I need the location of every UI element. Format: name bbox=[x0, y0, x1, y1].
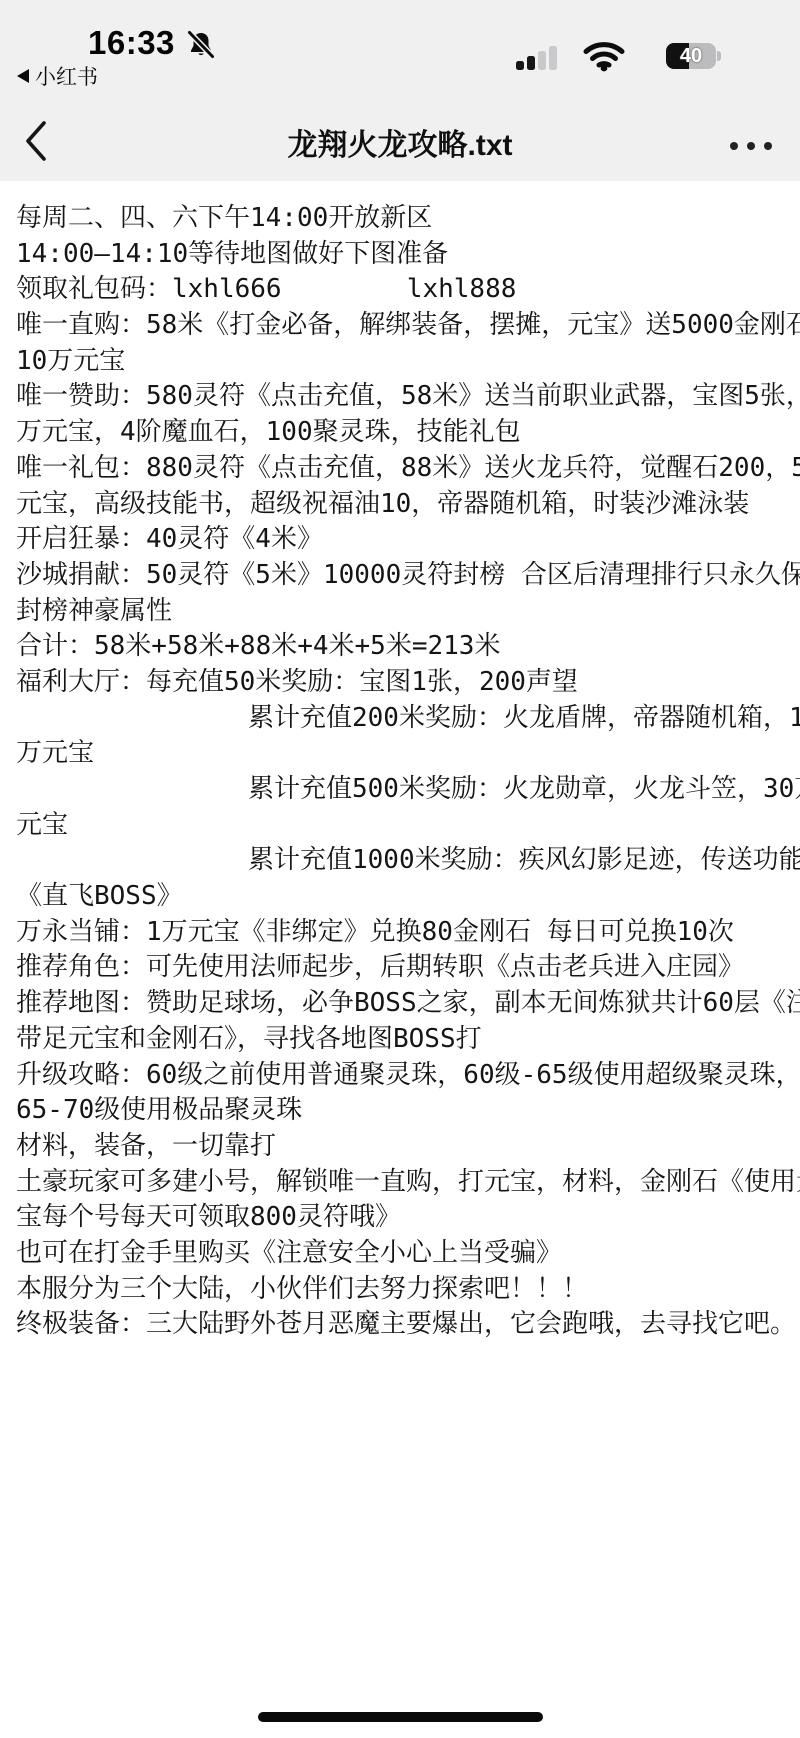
battery-nub bbox=[717, 51, 721, 61]
text-line: 累计充值200米奖励：火龙盾牌，帝器随机箱，15 bbox=[16, 701, 786, 737]
back-app-label: 小红书 bbox=[35, 61, 98, 91]
text-line: 唯一礼包：880灵符《点击充值，88米》送火龙兵符，觉醒石200，5万 bbox=[16, 451, 786, 487]
ellipsis-dot bbox=[730, 142, 738, 150]
text-line: 唯一直购：58米《打金必备，解绑装备，摆摊，元宝》送5000金刚石， bbox=[16, 308, 786, 344]
battery-indicator: 40 bbox=[666, 43, 716, 69]
home-indicator[interactable] bbox=[258, 1712, 543, 1722]
wifi-icon bbox=[582, 40, 626, 72]
back-to-app-breadcrumb[interactable]: 小红书 bbox=[17, 61, 98, 91]
text-line: 每周二、四、六下午14:00开放新区 bbox=[16, 201, 786, 237]
ellipsis-dot bbox=[764, 142, 772, 150]
page-title: 龙翔火龙攻略.txt bbox=[0, 120, 800, 164]
text-line: 65-70级使用极品聚灵珠 bbox=[16, 1093, 786, 1129]
back-triangle-icon bbox=[17, 69, 29, 83]
text-line: 带足元宝和金刚石》，寻找各地图BOSS打 bbox=[16, 1022, 786, 1058]
text-line: 万元宝 bbox=[16, 736, 786, 772]
status-time: 16:33 bbox=[88, 24, 175, 62]
text-line: 累计充值1000米奖励：疾风幻影足迹，传送功能 bbox=[16, 843, 786, 879]
text-line: 终极装备：三大陆野外苍月恶魔主要爆出，它会跑哦，去寻找它吧。 bbox=[16, 1307, 786, 1343]
cellular-signal-icon bbox=[516, 44, 568, 70]
text-line: 推荐地图：赞助足球场，必争BOSS之家，副本无间炼狱共计60层《注意 bbox=[16, 986, 786, 1022]
text-line: 万永当铺：1万元宝《非绑定》兑换80金刚石 每日可兑换10次 bbox=[16, 915, 786, 951]
text-line: 唯一赞助：580灵符《点击充值，58米》送当前职业武器，宝图5张，3 bbox=[16, 379, 786, 415]
text-line: 开启狂暴：40灵符《4米》 bbox=[16, 522, 786, 558]
text-line: 土豪玩家可多建小号，解锁唯一直购，打元宝，材料，金刚石《使用元 bbox=[16, 1165, 786, 1201]
text-line: 10万元宝 bbox=[16, 344, 786, 380]
document-body: 每周二、四、六下午14:00开放新区14:00—14:10等待地图做好下图准备领… bbox=[0, 181, 800, 1343]
text-line: 封榜神豪属性 bbox=[16, 594, 786, 630]
text-line: 合计：58米+58米+88米+4米+5米=213米 bbox=[16, 629, 786, 665]
bell-slash-icon bbox=[186, 30, 216, 60]
text-line: 升级攻略：60级之前使用普通聚灵珠，60级-65级使用超级聚灵珠， bbox=[16, 1058, 786, 1094]
text-line: 元宝 bbox=[16, 808, 786, 844]
text-line: 《直飞BOSS》 bbox=[16, 879, 786, 915]
text-line: 福利大厅：每充值50米奖励：宝图1张，200声望 bbox=[16, 665, 786, 701]
text-line: 领取礼包码：lxhl666 lxhl888 bbox=[16, 272, 786, 308]
header-area: 16:33 40 小红书 龙翔火龙攻略.txt bbox=[0, 0, 800, 181]
text-line: 14:00—14:10等待地图做好下图准备 bbox=[16, 237, 786, 273]
text-line: 万元宝，4阶魔血石，100聚灵珠，技能礼包 bbox=[16, 415, 786, 451]
text-line: 沙城捐献：50灵符《5米》10000灵符封榜 合区后清理排行只永久保留 bbox=[16, 558, 786, 594]
text-line: 材料，装备，一切靠打 bbox=[16, 1129, 786, 1165]
text-line: 累计充值500米奖励：火龙勋章，火龙斗笠，30万 bbox=[16, 772, 786, 808]
text-line: 也可在打金手里购买《注意安全小心上当受骗》 bbox=[16, 1236, 786, 1272]
ellipsis-dot bbox=[747, 142, 755, 150]
text-line: 本服分为三个大陆，小伙伴们去努力探索吧！！！ bbox=[16, 1272, 786, 1308]
text-line: 元宝，高级技能书，超级祝福油10，帝器随机箱，时装沙滩泳装 bbox=[16, 487, 786, 523]
text-line: 宝每个号每天可领取800灵符哦》 bbox=[16, 1200, 786, 1236]
more-button[interactable] bbox=[726, 138, 776, 154]
battery-percent: 40 bbox=[666, 43, 716, 69]
text-line: 推荐角色：可先使用法师起步，后期转职《点击老兵进入庄园》 bbox=[16, 950, 786, 986]
